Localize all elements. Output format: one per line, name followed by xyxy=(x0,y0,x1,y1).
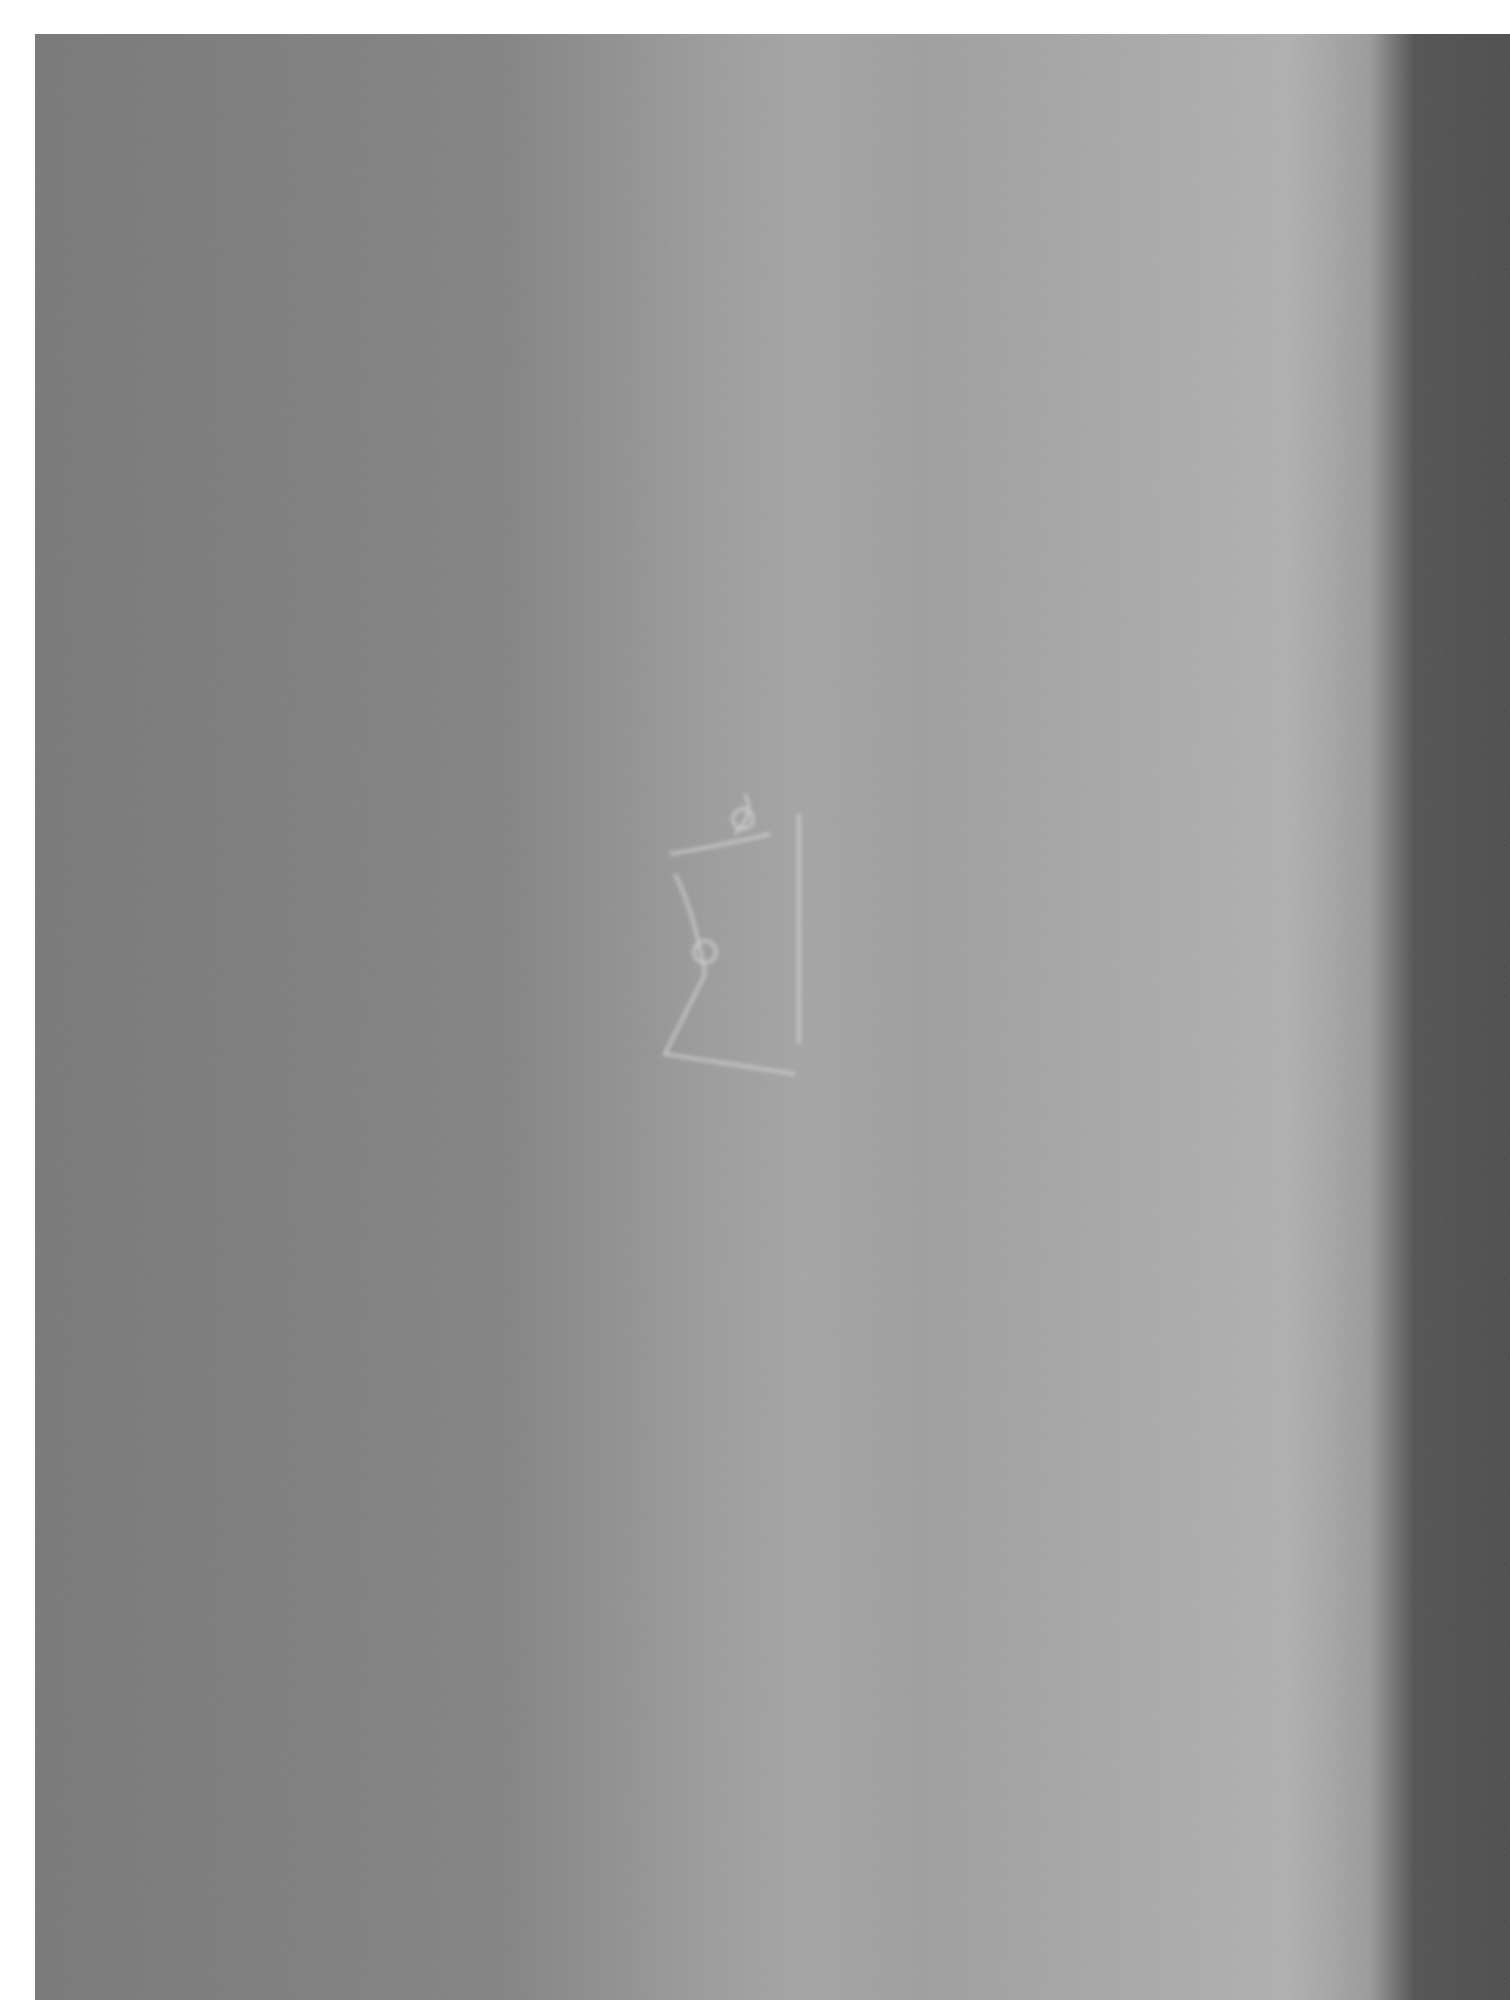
left-ruler xyxy=(0,0,34,2000)
top-ruler xyxy=(0,0,1510,34)
manuscript-scan xyxy=(35,34,1510,2000)
manuscript-image xyxy=(35,34,1510,2000)
scan-noise xyxy=(35,34,1510,2000)
left-ruler-ticks xyxy=(0,0,34,2000)
top-ruler-ticks xyxy=(0,0,1510,34)
